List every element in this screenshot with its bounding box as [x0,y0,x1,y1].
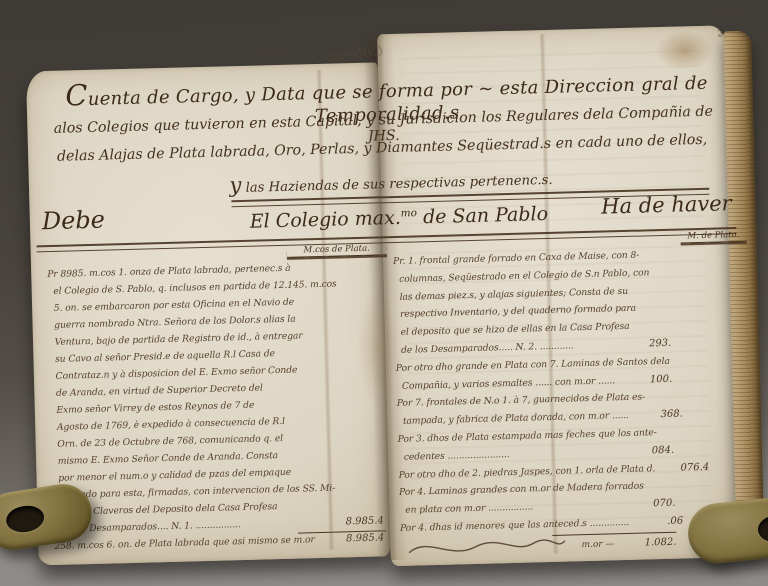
entry-amount [324,294,378,295]
entry-amount [335,481,389,482]
total-label: m.or — [581,539,614,550]
entity-superscript: mo [401,207,417,219]
manuscript-book: 1 2 Colegio Cuenta de Cargo, y Data que … [19,18,768,577]
credit-heading: Ha de haver [571,191,732,219]
credit-entries: Pr. 1. frontal grande forrado en Caxa de… [393,249,677,559]
entry-amount: 8.985.4 [330,515,384,527]
entry-amount [326,362,380,363]
entity-pre: El Colegio max. [249,207,401,233]
entry-amount [325,345,379,346]
folio-number-right: 2 [717,29,723,39]
total-amount: 1.082. [622,537,676,549]
entry-amount [325,328,379,329]
entry-amount: 084. [620,445,674,457]
entry-amount: .06 [629,515,683,527]
debit-entries: Pr 8985. m.cos 1. onza de Plata labrada,… [47,260,384,558]
entry-amount [327,396,381,397]
entry-amount: 368. [629,409,683,421]
entry-amount: 070. [621,498,675,510]
clasp-hole [4,503,46,535]
entry-text: en plata con m.or ................ [399,502,533,516]
entry-text: cedentes ...................... [398,449,510,463]
entry-amount [328,464,382,465]
entity-post: de San Pablo [417,203,549,228]
photo-background: 1 2 Colegio Cuenta de Cargo, y Data que … [0,0,768,586]
entry-amount: 293. [617,338,671,350]
unit-header-right: M. de Plata. [680,230,746,244]
entry-amount [328,447,382,448]
debit-heading: Debe [42,206,106,236]
entry-amount [326,379,380,380]
entry-amount: 8.985.4 [330,532,384,544]
entry-amount [327,413,381,414]
entry-amount [324,311,378,312]
clasp-hole [757,513,768,544]
entry-amount: 076.4 [655,461,709,473]
folio-number-left: 1 [56,61,62,71]
entry-amount: 100. [618,373,672,385]
entry-amount [323,260,377,261]
entry-amount [329,498,383,499]
entry-amount [327,430,381,431]
